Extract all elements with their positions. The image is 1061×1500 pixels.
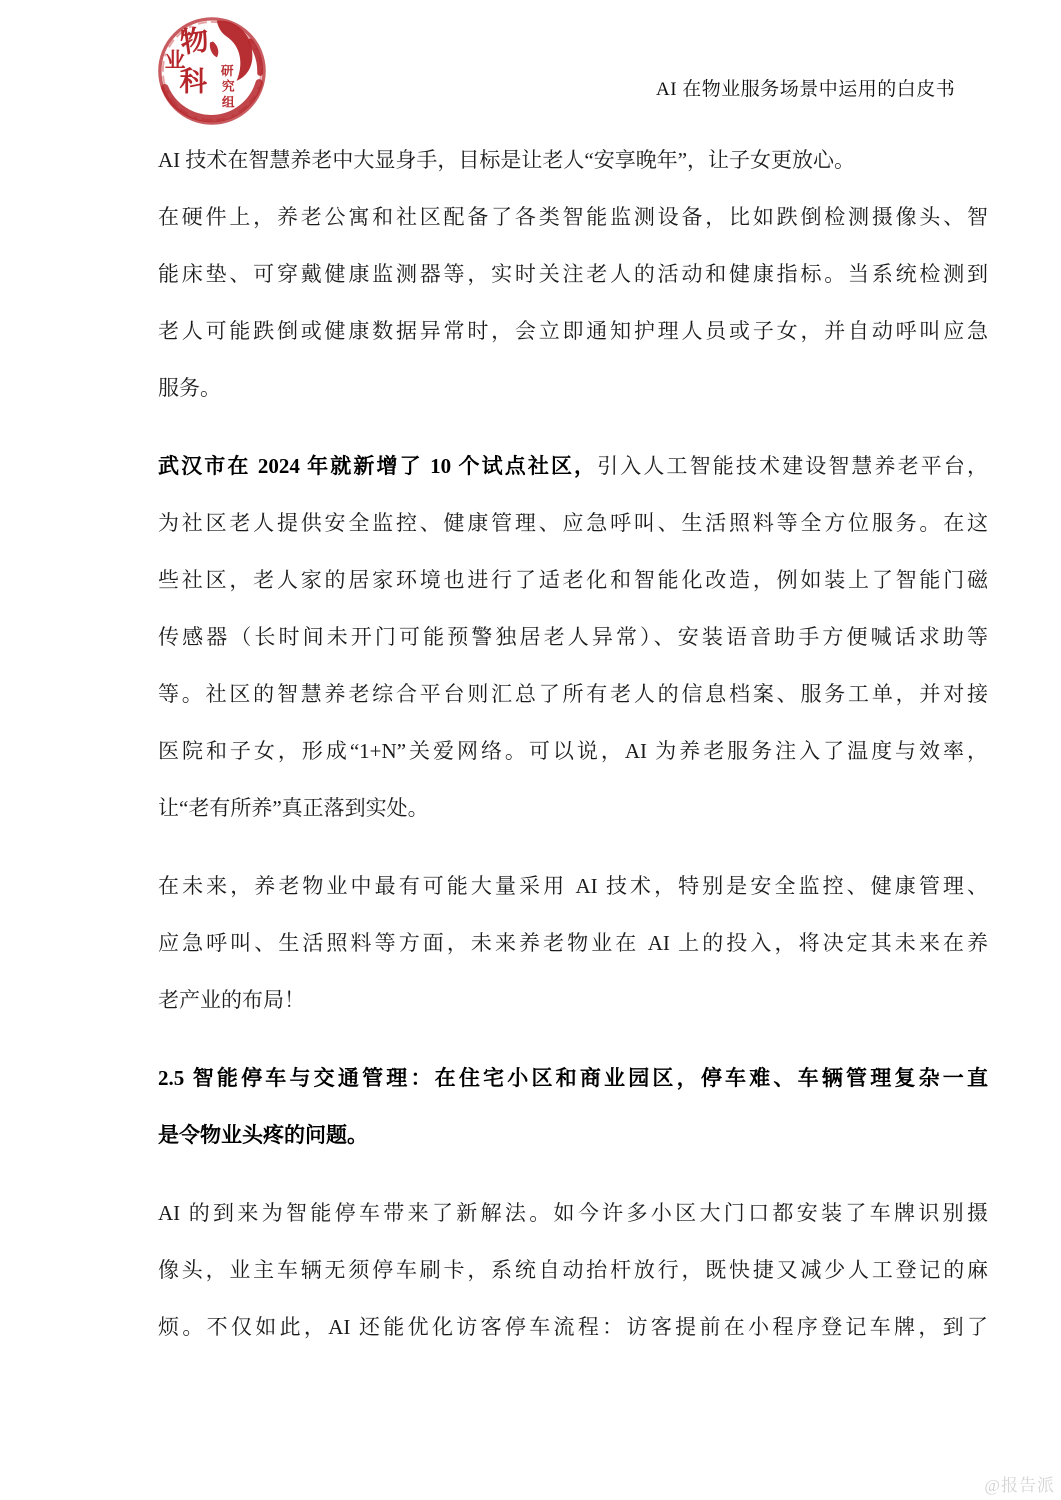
paragraph: 武汉市在 2024 年就新增了 10 个试点社区，引入人工智能技术建设智慧养老平… [158,438,988,837]
bold-text-segment: 武汉市在 2024 年就新增了 10 个试点社区， [158,454,597,478]
text-line: 应急呼叫、生活照料等方面，未来养老物业在 AI 上的投入，将决定其未来在养 [158,915,988,972]
text-line: 是令物业头疼的问题。 [158,1107,988,1164]
text-segment: 服务。 [158,376,221,400]
text-line: 武汉市在 2024 年就新增了 10 个试点社区，引入人工智能技术建设智慧养老平… [158,438,988,495]
text-segment: AI 的到来为智能停车带来了新解法。如今许多小区大门口都安装了车牌识别摄 [158,1201,988,1225]
paragraph: AI 的到来为智能停车带来了新解法。如今许多小区大门口都安装了车牌识别摄像头，业… [158,1185,988,1356]
text-segment: 引入人工智能技术建设智慧养老平台， [597,454,988,478]
text-line: 2.5 智能停车与交通管理：在住宅小区和商业园区，停车难、车辆管理复杂一直 [158,1050,988,1107]
text-segment: 像头，业主车辆无须停车刷卡，系统自动抬杆放行，既快捷又减少人工登记的麻 [158,1258,988,1282]
text-segment: 在硬件上，养老公寓和社区配备了各类智能监测设备，比如跌倒检测摄像头、智 [158,205,988,229]
text-line: AI 的到来为智能停车带来了新解法。如今许多小区大门口都安装了车牌识别摄 [158,1185,988,1242]
text-segment: 传感器（长时间未开门可能预警独居老人异常）、安装语音助手方便喊话求助等 [158,625,988,649]
text-line: 在硬件上，养老公寓和社区配备了各类智能监测设备，比如跌倒检测摄像头、智 [158,189,988,246]
text-segment: 老产业的布局！ [158,988,305,1012]
text-line: 服务。 [158,360,988,417]
text-line: 让“老有所养”真正落到实处。 [158,780,988,837]
text-segment: 烦。不仅如此，AI 还能优化访客停车流程：访客提前在小程序登记车牌，到了 [158,1315,988,1339]
text-line: 像头，业主车辆无须停车刷卡，系统自动抬杆放行，既快捷又减少人工登记的麻 [158,1242,988,1299]
text-line: 为社区老人提供安全监控、健康管理、应急呼叫、生活照料等全方位服务。在这 [158,495,988,552]
text-segment: AI 技术在智慧养老中大显身手，目标是让老人“安享晚年”，让子女更放心。 [158,148,855,172]
section-heading: 2.5 智能停车与交通管理：在住宅小区和商业园区，停车难、车辆管理复杂一直是令物… [158,1050,988,1164]
seal-char-jiu: 究 [222,79,235,94]
text-segment: 些社区，老人家的居家环境也进行了适老化和智能化改造，例如装上了智能门磁 [158,568,988,592]
text-segment: 老人可能跌倒或健康数据异常时，会立即通知护理人员或子女，并自动呼叫应急 [158,319,988,343]
text-segment: 医院和子女，形成“1+N”关爱网络。可以说，AI 为养老服务注入了温度与效率， [158,739,988,763]
text-line: 烦。不仅如此，AI 还能优化访客停车流程：访客提前在小程序登记车牌，到了 [158,1299,988,1356]
paragraph: AI 技术在智慧养老中大显身手，目标是让老人“安享晚年”，让子女更放心。在硬件上… [158,132,988,417]
text-line: 些社区，老人家的居家环境也进行了适老化和智能化改造，例如装上了智能门磁 [158,552,988,609]
text-segment: 能床垫、可穿戴健康监测器等，实时关注老人的活动和健康指标。当系统检测到 [158,262,988,286]
doc-header-title: AI 在物业服务场景中运用的白皮书 [656,78,932,102]
text-line: 医院和子女，形成“1+N”关爱网络。可以说，AI 为养老服务注入了温度与效率， [158,723,988,780]
text-line: 在未来，养老物业中最有可能大量采用 AI 技术，特别是安全监控、健康管理、 [158,858,988,915]
paragraph: 在未来，养老物业中最有可能大量采用 AI 技术，特别是安全监控、健康管理、应急呼… [158,858,988,1029]
brand-seal-logo: 物 业 科 研 究 组 [152,12,270,130]
text-line: AI 技术在智慧养老中大显身手，目标是让老人“安享晚年”，让子女更放心。 [158,132,988,189]
text-segment: 应急呼叫、生活照料等方面，未来养老物业在 AI 上的投入，将决定其未来在养 [158,931,988,955]
seal-char-ke: 科 [180,66,208,97]
text-segment: 为社区老人提供安全监控、健康管理、应急呼叫、生活照料等全方位服务。在这 [158,511,988,535]
text-segment: 让“老有所养”真正落到实处。 [158,796,429,820]
text-line: 传感器（长时间未开门可能预警独居老人异常）、安装语音助手方便喊话求助等 [158,609,988,666]
text-segment: 等。社区的智慧养老综合平台则汇总了所有老人的信息档案、服务工单，并对接 [158,682,988,706]
text-line: 老人可能跌倒或健康数据异常时，会立即通知护理人员或子女，并自动呼叫应急 [158,303,988,360]
text-line: 老产业的布局！ [158,972,988,1029]
text-line: 能床垫、可穿戴健康监测器等，实时关注老人的活动和健康指标。当系统检测到 [158,246,988,303]
document-page: 物 业 科 研 究 组 AI 在物业服务场景中运用的白皮书 AI 技术在智慧养老… [0,0,1061,1500]
seal-char-zu: 组 [222,94,235,109]
document-body: AI 技术在智慧养老中大显身手，目标是让老人“安享晚年”，让子女更放心。在硬件上… [158,132,988,1356]
seal-char-yan: 研 [221,63,234,78]
bold-text-segment: 是令物业头疼的问题。 [158,1123,368,1147]
text-line: 等。社区的智慧养老综合平台则汇总了所有老人的信息档案、服务工单，并对接 [158,666,988,723]
brush-droplet-icon [210,42,218,58]
bold-text-segment: 2.5 智能停车与交通管理：在住宅小区和商业园区，停车难、车辆管理复杂一直 [158,1066,988,1090]
text-segment: 在未来，养老物业中最有可能大量采用 AI 技术，特别是安全监控、健康管理、 [158,874,988,898]
watermark: @报告派 [984,1471,1055,1496]
